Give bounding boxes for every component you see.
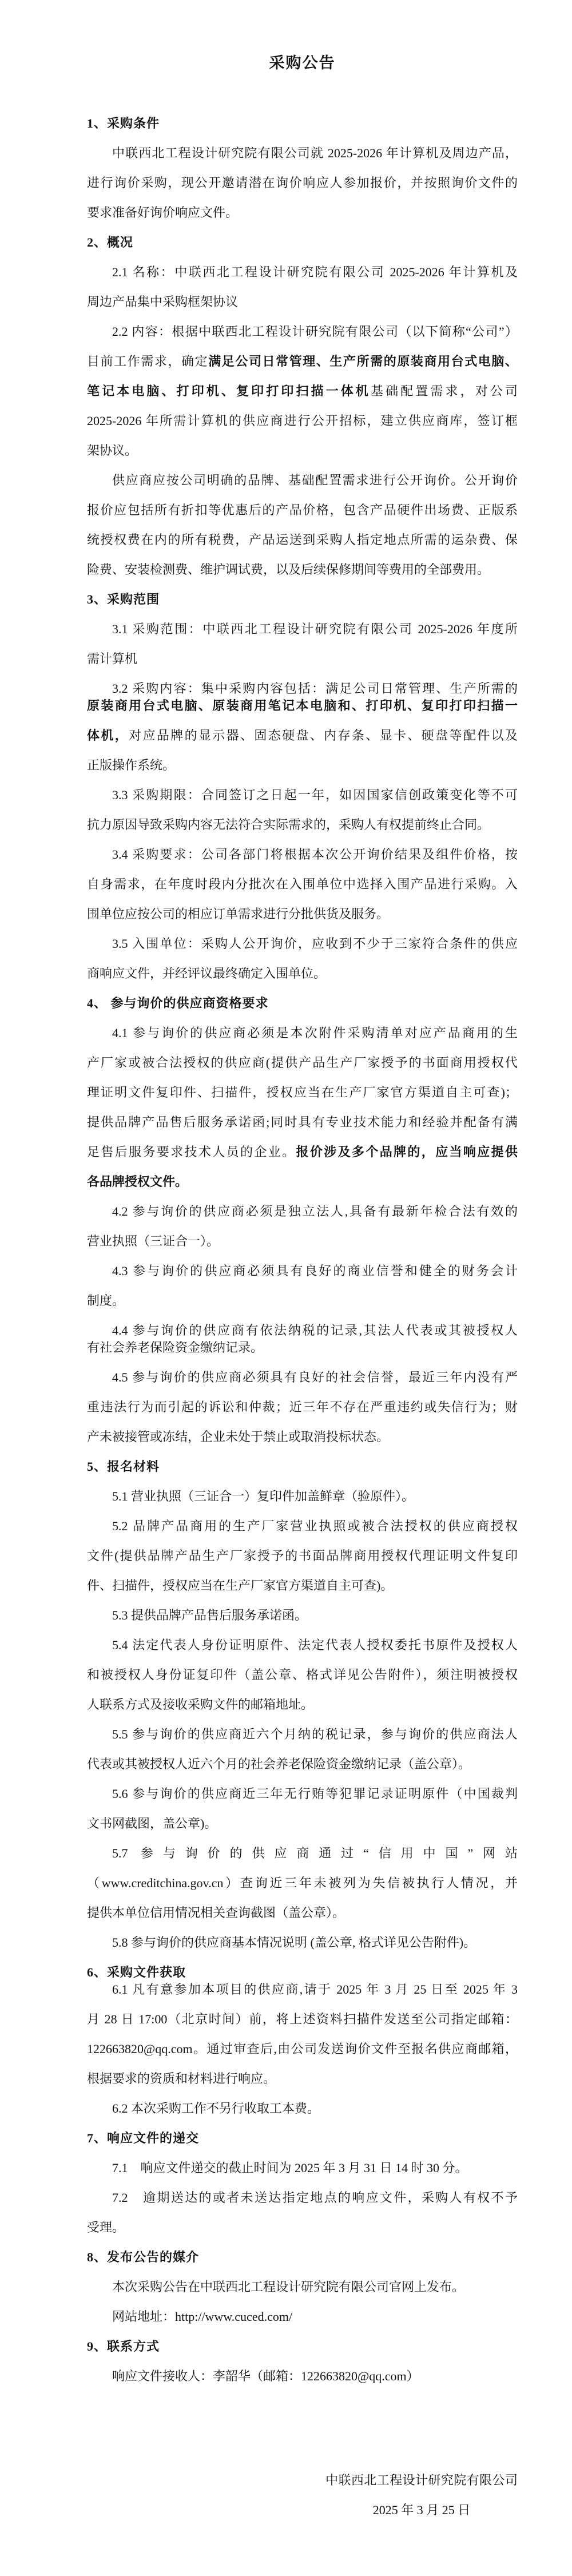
document-page: 采购公告 1、采购条件中联西北工程设计研究院有限公司就 2025-2026 年计… (87, 0, 518, 2525)
text-segment: 自身需求，在年度时段内分批次在入围单位中选择入围产品进行采购。入 (87, 877, 518, 891)
text-line: 5.8 参与询价的供应商基本情况说明 (盖公章, 格式详见公告附件)。 (87, 1928, 518, 1958)
text-segment: 2.1 名称：中联西北工程设计研究院有限公司 2025-2026 年计算机及 (112, 265, 518, 279)
text-segment: 险费、安装检测费、维护调试费，以及后续保修期间等费用的全部费用。 (87, 562, 490, 577)
text-line: 3.5 入围单位：采购人公开询价，应收到不少于三家符合条件的供应 (87, 929, 518, 959)
text-segment: 产厂家或被合法授权的供应商(提供产品生产厂家授予的书面商用授权代 (87, 1055, 518, 1070)
text-line: 提供品牌产品售后服务承诺函;同时具有专业技术能力和经验并配备有满 (87, 1108, 518, 1137)
text-segment: 报价涉及多个品牌的，应当响应提供 (296, 1145, 518, 1159)
text-line: 统授权费在内的所有税费，产品运送到采购人指定地点所需的运杂费、保 (87, 525, 518, 555)
text-line: 122663820@qq.com。通过审查后,由公司发送询价文件至报名供应商邮箱… (87, 2034, 518, 2064)
text-segment: 基础配置需求，对公司 (371, 384, 518, 398)
text-line: 5.3 提供品牌产品售后服务承诺函。 (87, 1601, 518, 1630)
text-segment: 要求准备好询价响应文件。 (87, 205, 238, 220)
text-line: 笔记本电脑、打印机、复印打印扫描一体机基础配置需求，对公司 (87, 376, 518, 406)
section-heading: 2、概况 (87, 228, 518, 257)
text-segment: 7、响应文件的递交 (87, 2131, 199, 2145)
section-heading: 5、报名材料 (87, 1452, 518, 1482)
text-segment: 足售后服务要求技术人员的企业。 (87, 1145, 296, 1159)
text-line: 抗力原因导致采购内容无法符合实际需求的，采购人有权提前终止合同。 (87, 810, 518, 840)
text-line: 产厂家或被合法授权的供应商(提供产品生产厂家授予的书面商用授权代 (87, 1048, 518, 1078)
text-line: 制度。 (87, 1286, 518, 1316)
text-segment: 各品牌授权文件。 (87, 1174, 188, 1189)
text-line: 4.5 参与询价的供应商必须具有良好的社会信誉，最近三年内没有严 (87, 1363, 518, 1392)
text-segment: 4.1 参与询价的供应商必须是本次附件采购清单对应产品商用的生 (112, 1026, 518, 1040)
text-line: 提供本单位信用情况相关查询截图（盖公章）。 (87, 1898, 518, 1928)
text-segment: 笔记本电脑、打印机、复印打印扫描一体机 (87, 384, 371, 398)
text-segment: 5.5 参与询价的供应商近六个月纳的税记录，参与询价的供应商法人 (112, 1727, 518, 1741)
text-line: 文书网截图，盖公章)。 (87, 1809, 518, 1839)
text-segment: 8、发布公告的媒介 (87, 2250, 199, 2264)
text-line: 周边产品集中采购框架协议 (87, 287, 518, 317)
text-line: 中联西北工程设计研究院有限公司就 2025-2026 年计算机及周边产品， (87, 138, 518, 168)
text-line: 营业执照（三证合一）。 (87, 1227, 518, 1256)
text-segment: 产未被接管或冻结，企业未处于禁止或取消投标状态。 (87, 1430, 389, 1444)
text-segment: 进行询价采购，现公开邀请潜在询价响应人参加报价，并按照询价文件的 (87, 176, 518, 190)
text-segment: 需计算机 (87, 652, 137, 666)
text-segment: 满足公司日常管理、生产所需的原装商用台式电脑、 (208, 354, 518, 368)
text-line: 要求准备好询价响应文件。 (87, 198, 518, 228)
text-segment: 4.2 参与询价的供应商必须是独立法人,具备有最新年检合法有效的 (112, 1204, 518, 1218)
section-heading: 7、响应文件的递交 (87, 2123, 518, 2153)
text-line: 围单位应按公司的相应订单需求进行分批供货及服务。 (87, 899, 518, 929)
text-segment: 周边产品集中采购框架协议 (87, 295, 238, 309)
text-line: 报价应包括所有折扣等优惠后的产品价格，包含产品硬件出场费、正版系 (87, 495, 518, 525)
text-line: 5.2 品牌产品商用的生产厂家营业执照或被合法授权的供应商授权 (87, 1511, 518, 1541)
text-segment: 7.1 响应文件递交的截止时间为 2025 年 3 月 31 日 14 时 30… (112, 2161, 468, 2175)
document-body: 1、采购条件中联西北工程设计研究院有限公司就 2025-2026 年计算机及周边… (87, 109, 518, 2391)
text-line: 5.1 营业执照（三证合一）复印件加盖鲜章（验原件）。 (87, 1482, 518, 1511)
text-segment: 理证明文件复印件、扫描件，授权应当在生产厂家官方渠道自主可查)； (87, 1085, 518, 1100)
text-segment: 5.7 参与询价的供应商通过“信用中国”网站 (112, 1846, 518, 1860)
text-segment: 6.1 凡有意参加本项目的供应商,请于 2025 年 3 月 25 日至 202… (112, 1982, 518, 1997)
text-line: 5.6 参与询价的供应商近三年无行贿等犯罪记录证明原件（中国裁判 (87, 1779, 518, 1809)
text-segment: 3.4 采购要求：公司各部门将根据本次公开询价结果及组件价格，按 (112, 847, 518, 862)
text-line: 5.7 参与询价的供应商通过“信用中国”网站 (87, 1839, 518, 1868)
text-segment: 人联系方式及接收采购文件的邮箱地址。 (87, 1697, 313, 1712)
text-segment: 中联西北工程设计研究院有限公司就 2025-2026 年计算机及周边产品， (112, 146, 518, 160)
text-segment: （www.creditchina.gov.cn）查询近三年未被列为失信被执行人情… (87, 1876, 518, 1890)
text-line: 体机，对应品牌的显示器、固态硬盘、内存条、显卡、硬盘等配件以及 (87, 721, 518, 751)
text-line: 各品牌授权文件。 (87, 1167, 518, 1197)
text-line: 产未被接管或冻结，企业未处于禁止或取消投标状态。 (87, 1422, 518, 1452)
text-segment: 122663820@qq.com。通过审查后,由公司发送询价文件至报名供应商邮箱… (87, 2042, 518, 2056)
text-line: （www.creditchina.gov.cn）查询近三年未被列为失信被执行人情… (87, 1868, 518, 1898)
text-segment: 围单位应按公司的相应订单需求进行分批供货及服务。 (87, 907, 389, 921)
text-segment: 报价应包括所有折扣等优惠后的产品价格，包含产品硬件出场费、正版系 (87, 503, 518, 517)
text-line: 受理。 (87, 2213, 518, 2242)
text-segment: 文件(提供品牌产品生产厂家授予的书面品牌商用授权代理证明文件复印 (87, 1549, 518, 1563)
text-line: 2.1 名称：中联西北工程设计研究院有限公司 2025-2026 年计算机及 (87, 257, 518, 287)
text-segment: 提供品牌产品售后服务承诺函;同时具有专业技术能力和经验并配备有满 (87, 1115, 518, 1129)
text-segment: 网站地址：http://www.cuced.com/ (112, 2309, 292, 2324)
text-line: 5.5 参与询价的供应商近六个月纳的税记录，参与询价的供应商法人 (87, 1720, 518, 1749)
text-line: 需计算机 (87, 644, 518, 674)
text-segment: 2、概况 (87, 235, 133, 249)
text-line: 和被授权人身份证复印件（盖公章、格式详见公告附件），须注明被授权 (87, 1660, 518, 1690)
text-line: 6.1 凡有意参加本项目的供应商,请于 2025 年 3 月 25 日至 202… (87, 1975, 518, 2005)
text-segment: 4.3 参与询价的供应商必须具有良好的商业信誉和健全的财务会计 (112, 1264, 518, 1278)
text-line: 4.2 参与询价的供应商必须是独立法人,具备有最新年检合法有效的 (87, 1197, 518, 1227)
text-line: 重违法行为而引起的诉讼和仲裁；近三年不存在严重违约或失信行为；财 (87, 1392, 518, 1422)
text-segment: 5.1 营业执照（三证合一）复印件加盖鲜章（验原件）。 (112, 1489, 414, 1503)
text-segment: 提供本单位信用情况相关查询截图（盖公章）。 (87, 1906, 345, 1920)
text-segment: 件、扫描件，授权应当在生产厂家官方渠道自主可查)。 (87, 1578, 393, 1593)
text-segment: 3.5 入围单位：采购人公开询价，应收到不少于三家符合条件的供应 (112, 936, 518, 951)
text-segment: 3、采购范围 (87, 592, 160, 606)
text-line: 2.2 内容：根据中联西北工程设计研究院有限公司（以下简称“公司”） (87, 317, 518, 347)
text-segment: 响应文件接收人：李韶华（邮箱：122663820@qq.com） (112, 2369, 419, 2383)
text-segment: 7.2 逾期送达的或者未送达指定地点的响应文件，采购人有权不予 (112, 2190, 518, 2205)
text-line: 正版操作系统。 (87, 751, 518, 780)
text-segment: 5.4 法定代表人身份证明原件、法定代表人授权委托书原件及授权人 (112, 1638, 518, 1652)
text-segment: 和被授权人身份证复印件（盖公章、格式详见公告附件），须注明被授权 (87, 1668, 518, 1682)
text-line: 3.1 采购范围：中联西北工程设计研究院有限公司 2025-2026 年度所 (87, 614, 518, 644)
text-segment: 制度。 (87, 1293, 125, 1308)
text-segment: 3.1 采购范围：中联西北工程设计研究院有限公司 2025-2026 年度所 (112, 622, 518, 636)
text-segment: 抗力原因导致采购内容无法符合实际需求的，采购人有权提前终止合同。 (87, 817, 490, 832)
text-line: 月 28 日 17:00（北京时间）前，将上述资料扫描件发送至公司指定邮箱： (87, 2005, 518, 2034)
text-line: 6.2 本次采购工作不另行收取工本费。 (87, 2094, 518, 2123)
section-heading: 9、联系方式 (87, 2332, 518, 2361)
section-heading: 1、采购条件 (87, 109, 518, 138)
text-line: 目前工作需求，确定满足公司日常管理、生产所需的原装商用台式电脑、 (87, 347, 518, 376)
section-heading: 3、采购范围 (87, 585, 518, 614)
text-line: 4.3 参与询价的供应商必须具有良好的商业信誉和健全的财务会计 (87, 1256, 518, 1286)
text-segment: 4.5 参与询价的供应商必须具有良好的社会信誉，最近三年内没有严 (112, 1370, 518, 1384)
text-line: 进行询价采购，现公开邀请潜在询价响应人参加报价，并按照询价文件的 (87, 168, 518, 198)
text-segment: 供应商应按公司明确的品牌、基础配置需求进行公开询价。公开询价 (112, 473, 518, 487)
text-segment: 架协议。 (87, 443, 137, 458)
text-line: 4.1 参与询价的供应商必须是本次附件采购清单对应产品商用的生 (87, 1018, 518, 1048)
text-line: 7.2 逾期送达的或者未送达指定地点的响应文件，采购人有权不予 (87, 2183, 518, 2213)
text-segment: 原装商用台式电脑、原装商用笔记本电脑和、打印机、复印打印扫描一 (87, 698, 518, 713)
text-line: 险费、安装检测费、维护调试费，以及后续保修期间等费用的全部费用。 (87, 555, 518, 585)
text-segment: 9、联系方式 (87, 2339, 160, 2353)
text-line: 理证明文件复印件、扫描件，授权应当在生产厂家官方渠道自主可查)； (87, 1078, 518, 1108)
text-line: 响应文件接收人：李韶华（邮箱：122663820@qq.com） (87, 2361, 518, 2391)
text-segment: 2025-2026 年所需计算机的供应商进行公开招标，建立供应商库，签订框 (87, 414, 518, 428)
text-segment: 目前工作需求，确定 (87, 354, 208, 368)
text-segment: 5.8 参与询价的供应商基本情况说明 (盖公章, 格式详见公告附件)。 (112, 1935, 476, 1950)
text-line: 3.4 采购要求：公司各部门将根据本次公开询价结果及组件价格，按 (87, 840, 518, 870)
text-line: 5.4 法定代表人身份证明原件、法定代表人授权委托书原件及授权人 (87, 1630, 518, 1660)
text-segment: 正版操作系统。 (87, 758, 175, 772)
text-segment: 本次采购公告在中联西北工程设计研究院有限公司官网上发布。 (112, 2280, 464, 2294)
text-segment: 商响应文件，并经评议最终确定入围单位。 (87, 966, 326, 981)
text-segment: 5.2 品牌产品商用的生产厂家营业执照或被合法授权的供应商授权 (112, 1519, 518, 1533)
text-line: 件、扫描件，授权应当在生产厂家官方渠道自主可查)。 (87, 1571, 518, 1601)
signature-date: 2025 年 3 月 25 日 (325, 2495, 518, 2525)
text-line: 本次采购公告在中联西北工程设计研究院有限公司官网上发布。 (87, 2272, 518, 2302)
text-segment: 5.6 参与询价的供应商近三年无行贿等犯罪记录证明原件（中国裁判 (112, 1787, 518, 1801)
text-segment: 6.2 本次采购工作不另行收取工本费。 (112, 2101, 320, 2115)
text-segment: 营业执照（三证合一）。 (87, 1234, 219, 1248)
text-segment: 对应品牌的显示器、固态硬盘、内存条、显卡、硬盘等配件以及 (129, 728, 518, 743)
text-line: 2025-2026 年所需计算机的供应商进行公开招标，建立供应商库，签订框 (87, 406, 518, 436)
text-line: 代表或其被授权人近六个月的社会养老保险资金缴纳记录（盖公章）。 (87, 1749, 518, 1779)
text-segment: 受理。 (87, 2220, 125, 2234)
text-segment: 3.3 采购期限：合同签订之日起一年，如因国家信创政策变化等不可 (112, 788, 518, 802)
text-segment: 5、报名材料 (87, 1459, 160, 1474)
text-segment: 根据要求的资质和材料进行响应。 (87, 2071, 276, 2086)
text-line: 根据要求的资质和材料进行响应。 (87, 2064, 518, 2094)
signature-block: 中联西北工程设计研究院有限公司 2025 年 3 月 25 日 (325, 2466, 518, 2525)
text-segment: 统授权费在内的所有税费，产品运送到采购人指定地点所需的运杂费、保 (87, 533, 518, 547)
text-segment: 1、采购条件 (87, 116, 160, 130)
text-segment: 2.2 内容：根据中联西北工程设计研究院有限公司（以下简称“公司”） (112, 324, 518, 339)
text-segment: 月 28 日 17:00（北京时间）前，将上述资料扫描件发送至公司指定邮箱： (87, 2012, 518, 2026)
text-line: 足售后服务要求技术人员的企业。报价涉及多个品牌的，应当响应提供 (87, 1137, 518, 1167)
page-title: 采购公告 (87, 0, 518, 74)
text-segment: 有社会养老保险资金缴纳记录。 (87, 1340, 263, 1355)
text-line: 自身需求，在年度时段内分批次在入围单位中选择入围产品进行采购。入 (87, 870, 518, 899)
text-line: 文件(提供品牌产品生产厂家授予的书面品牌商用授权代理证明文件复印 (87, 1541, 518, 1571)
text-line: 3.3 采购期限：合同签订之日起一年，如因国家信创政策变化等不可 (87, 780, 518, 810)
section-heading: 4、 参与询价的供应商资格要求 (87, 989, 518, 1018)
text-segment: 重违法行为而引起的诉讼和仲裁；近三年不存在严重违约或失信行为；财 (87, 1400, 518, 1414)
text-segment: 5.3 提供品牌产品售后服务承诺函。 (112, 1608, 307, 1622)
text-line: 7.1 响应文件递交的截止时间为 2025 年 3 月 31 日 14 时 30… (87, 2153, 518, 2183)
text-line: 网站地址：http://www.cuced.com/ (87, 2302, 518, 2332)
text-line: 原装商用台式电脑、原装商用笔记本电脑和、打印机、复印打印扫描一 (87, 691, 518, 721)
text-segment: 4、 参与询价的供应商资格要求 (87, 996, 269, 1010)
signature-company: 中联西北工程设计研究院有限公司 (325, 2466, 518, 2495)
text-line: 人联系方式及接收采购文件的邮箱地址。 (87, 1690, 518, 1720)
text-segment: 体机， (87, 728, 129, 743)
text-segment: 文书网截图，盖公章)。 (87, 1816, 217, 1831)
text-line: 商响应文件，并经评议最终确定入围单位。 (87, 959, 518, 989)
text-line: 供应商应按公司明确的品牌、基础配置需求进行公开询价。公开询价 (87, 466, 518, 495)
section-heading: 8、发布公告的媒介 (87, 2242, 518, 2272)
text-segment: 代表或其被授权人近六个月的社会养老保险资金缴纳记录（盖公章）。 (87, 1757, 471, 1771)
text-line: 架协议。 (87, 436, 518, 466)
